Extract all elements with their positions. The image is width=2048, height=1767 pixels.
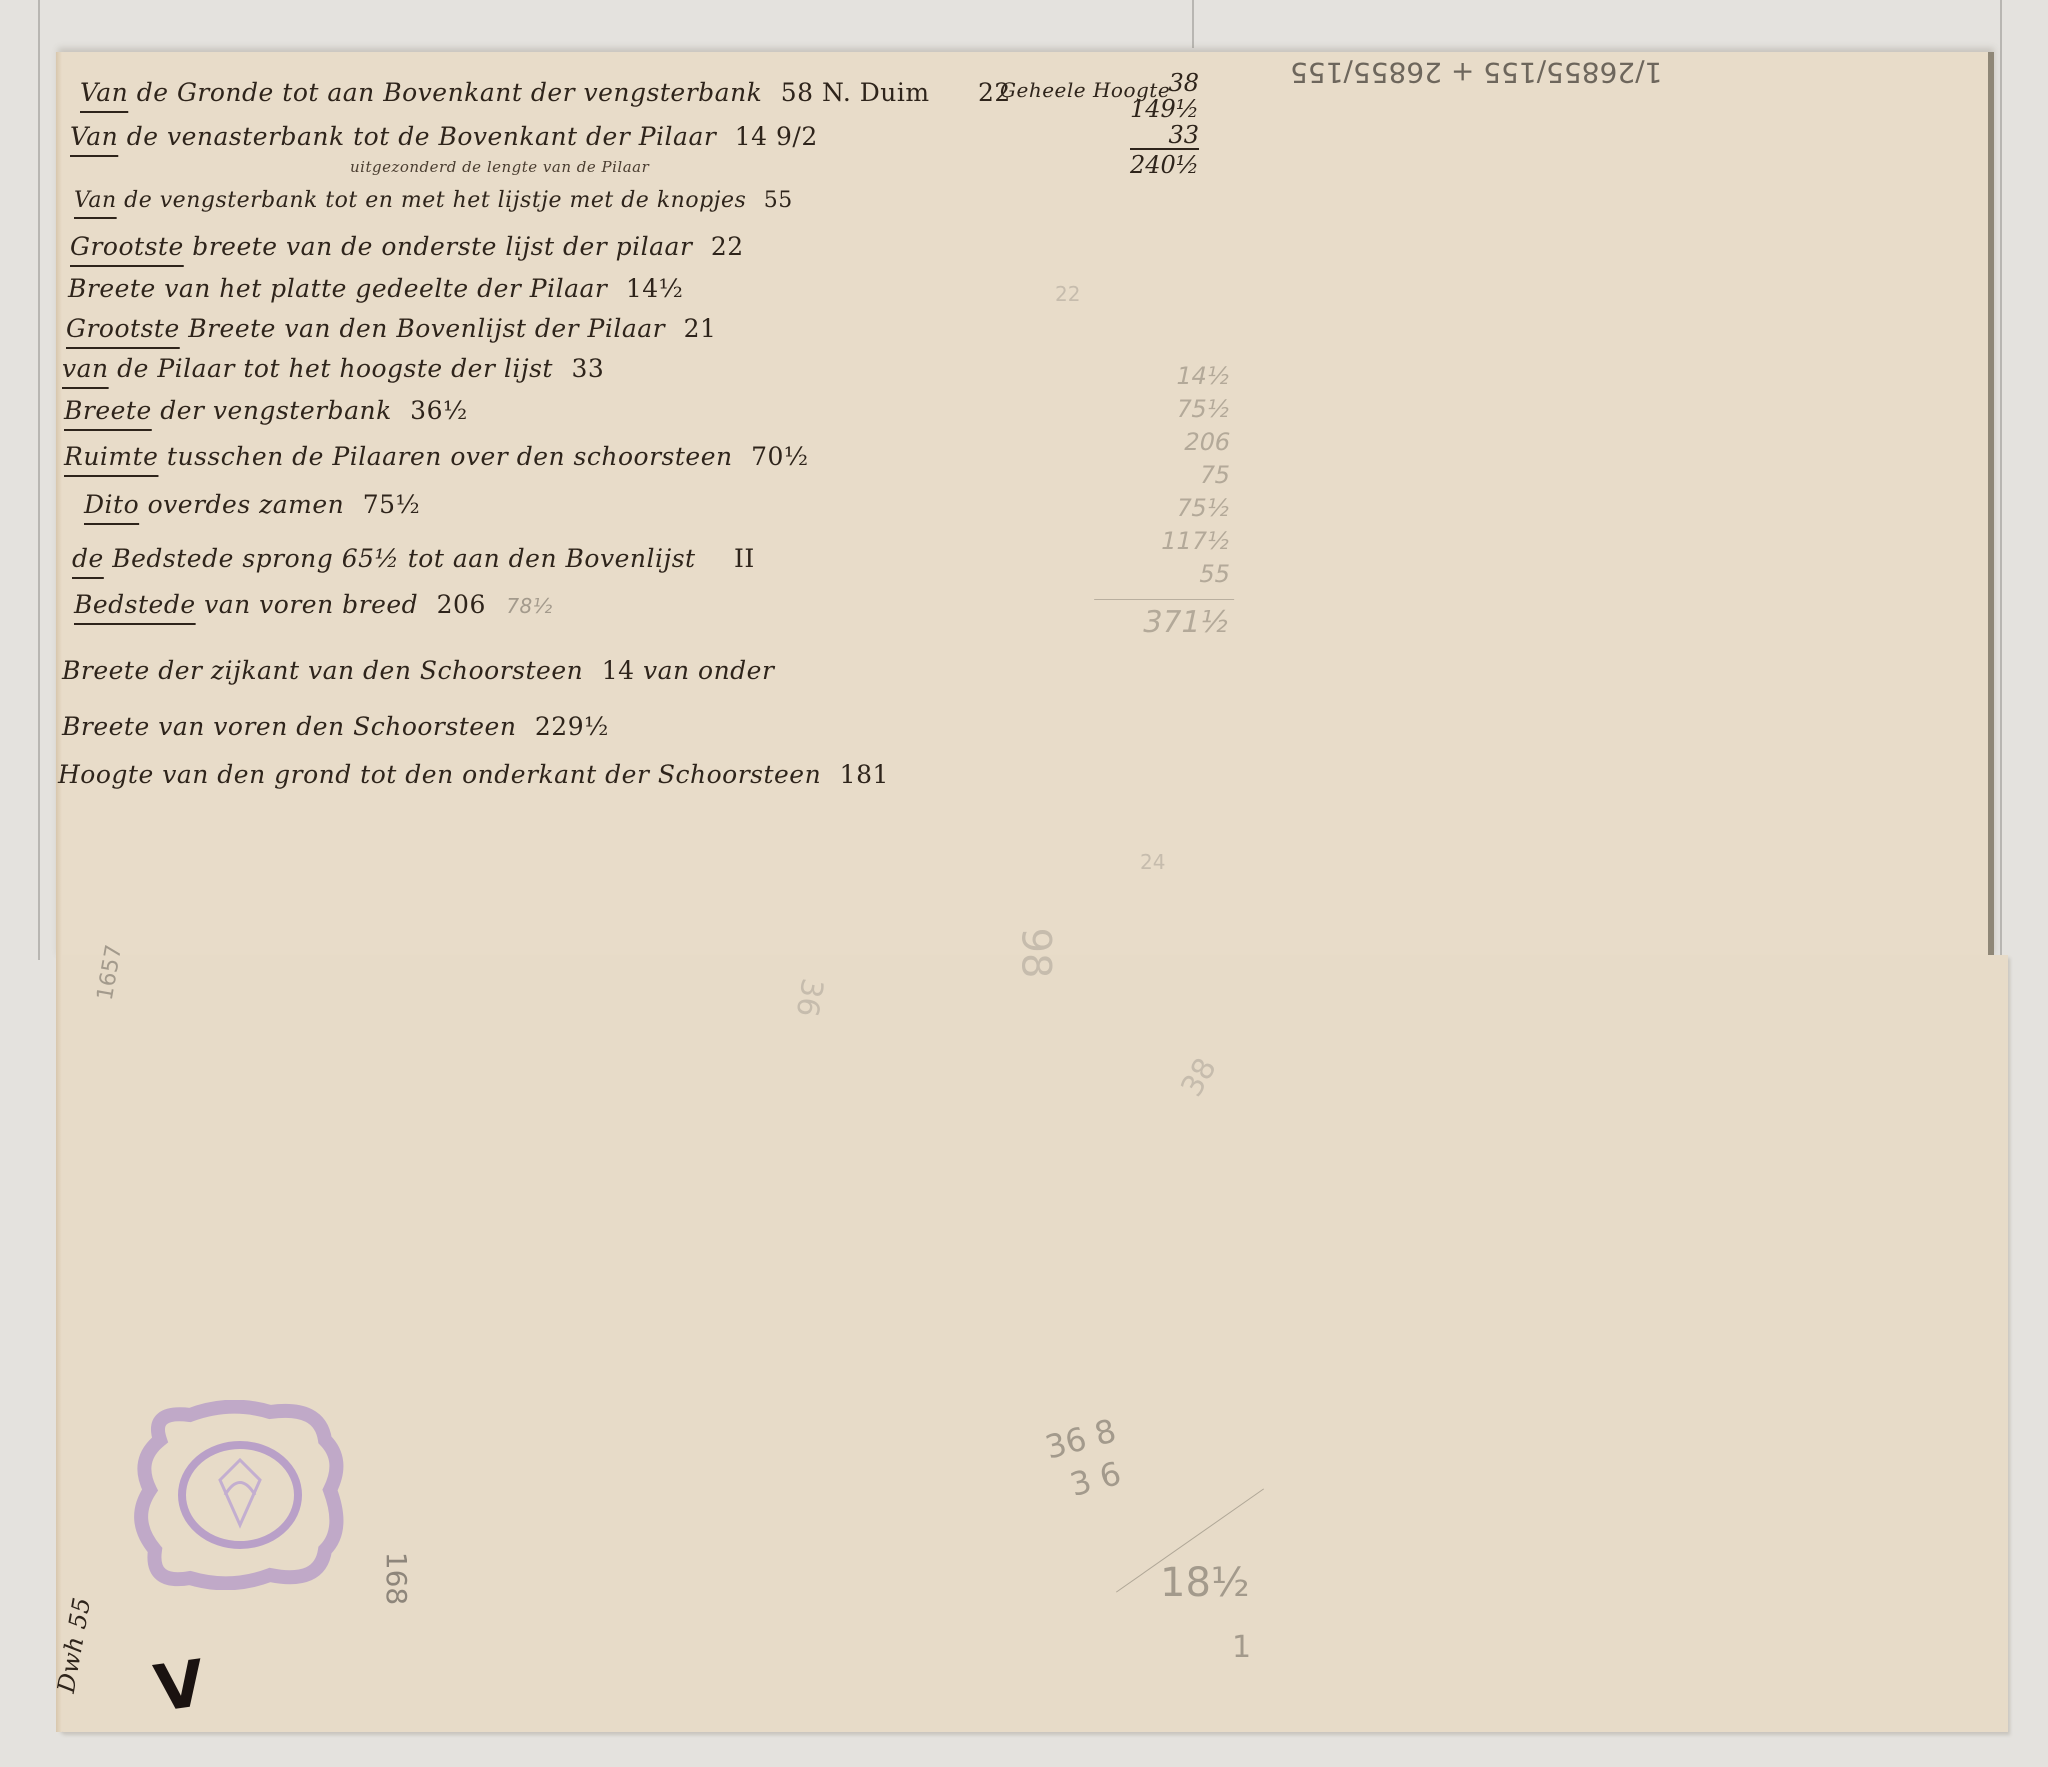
line-2-note: uitgezonderd de lengte van de Pilaar (350, 158, 649, 176)
pencil-bottom-calc-result: 18½ (1160, 1560, 1250, 1606)
pencil-bottom-calc-bottom: 1 (1232, 1630, 1251, 1665)
line-1: Van de Gronde tot aan Bovenkant der veng… (80, 78, 1011, 107)
line-11: de Bedstede sprong 65½ tot aan den Boven… (72, 544, 755, 573)
mount-line-right (2000, 0, 2002, 960)
pencil-note-98: 98 (1012, 928, 1058, 979)
pencil-note-24: 24 (1140, 850, 1165, 874)
monogram-stamp-icon (130, 1400, 350, 1590)
line-5: Breete van het platte gedeelte der Pilaa… (68, 274, 683, 303)
line-14: Breete van voren den Schoorsteen 229½ (62, 712, 609, 741)
catalog-number: 1/26855/155 + 26855/155 (1290, 56, 1662, 89)
line-6: Grootste Breete van den Bovenlijst der P… (66, 314, 716, 343)
paper-sheet-lower (58, 955, 2008, 1732)
mount-line-left (38, 0, 40, 960)
line-12: Bedstede van voren breed 206 78½ (74, 590, 553, 619)
line-2: Van de venasterbank tot de Bovenkant der… (70, 122, 818, 151)
mount-line-top (1192, 0, 1194, 48)
pencil-sum-column: 14½ 75½ 206 75 75½ 117½ 55 371½ (1090, 360, 1230, 639)
collector-stamp (130, 1400, 350, 1590)
line-8: Breete der vengsterbank 36½ (64, 396, 468, 425)
pencil-note-22: 22 (1055, 282, 1080, 306)
line-15: Hoogte van den grond tot den onderkant d… (58, 760, 889, 789)
total-height-sum: 38 149½ 33 240½ (1130, 70, 1199, 178)
line-13: Breete der zijkant van den Schoorsteen 1… (62, 656, 774, 685)
line-10: Dito overdes zamen 75½ (84, 490, 420, 519)
line-7: van de Pilaar tot het hoogste der lijst … (62, 354, 604, 383)
pencil-note-36: 36 (789, 976, 830, 1020)
pencil-note-168: 168 (380, 1552, 413, 1605)
paper-edge (56, 52, 62, 1732)
v-mark: V (150, 1647, 209, 1727)
line-3: Van de vengsterbank tot en met het lijst… (74, 188, 793, 213)
line-9: Ruimte tusschen de Pilaaren over den sch… (64, 442, 809, 471)
line-4: Grootste breete van de onderste lijst de… (70, 232, 744, 261)
